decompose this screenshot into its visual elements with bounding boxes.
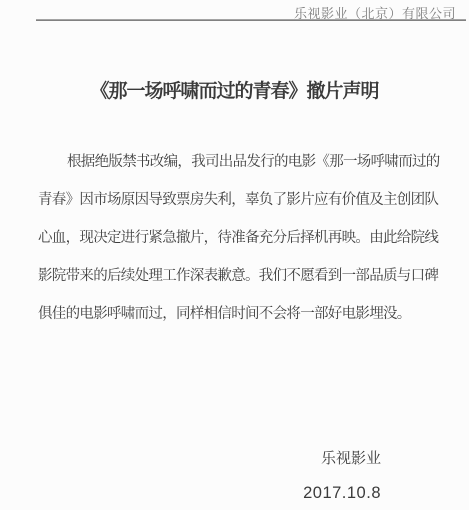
document-page: 乐视影业（北京）有限公司 《那一场呼啸而过的青春》撤片声明 根据绝版禁书改编，我… bbox=[0, 0, 469, 510]
document-date: 2017.10.8 bbox=[303, 484, 381, 503]
signature-block: 乐视影业 2017.10.8 bbox=[303, 447, 381, 503]
document-title: 《那一场呼啸而过的青春》撤片声明 bbox=[0, 76, 469, 103]
signature-company: 乐视影业 bbox=[303, 447, 381, 468]
header-divider bbox=[36, 19, 466, 21]
statement-body: 根据绝版禁书改编，我司出品发行的电影《那一场呼啸而过的青春》因市场原因导致票房失… bbox=[38, 143, 440, 333]
